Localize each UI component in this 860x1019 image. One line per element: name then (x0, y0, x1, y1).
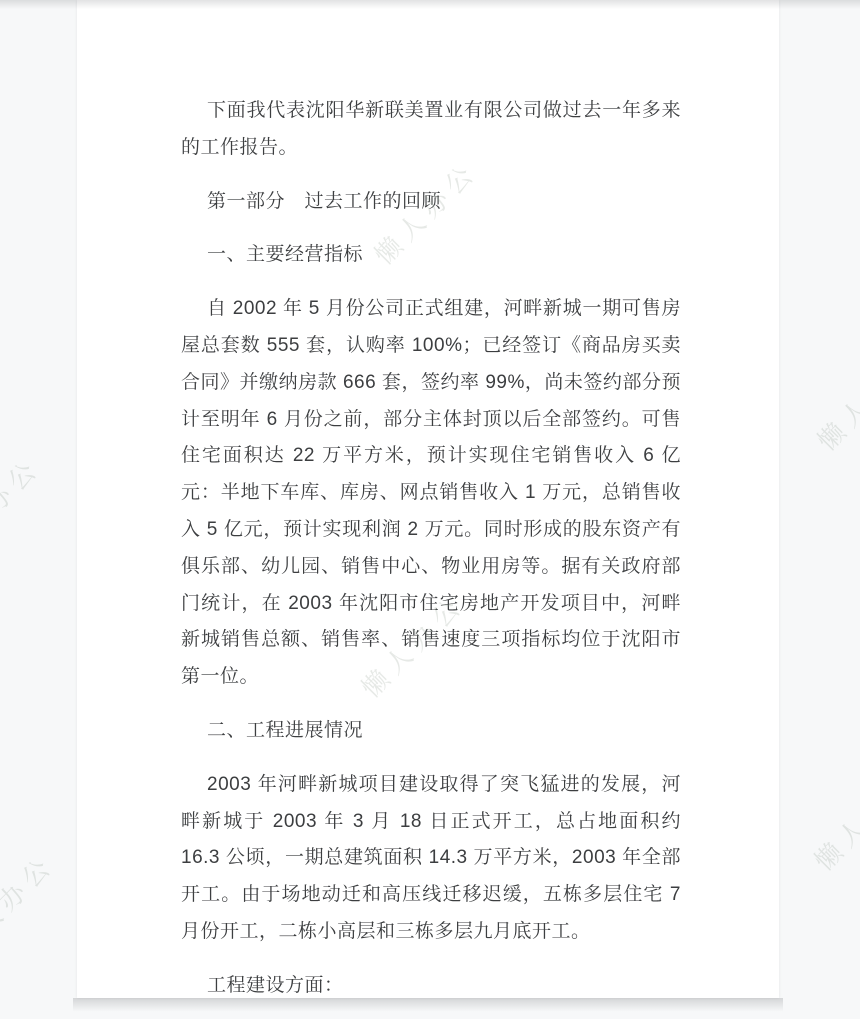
paragraph-report-intro: 下面我代表沈阳华新联美置业有限公司做过去一年多来的工作报告。 (181, 93, 681, 167)
watermark-text: 懒人办公 (0, 845, 62, 965)
document-viewer-canvas: 下面我代表沈阳华新联美置业有限公司做过去一年多来的工作报告。 第一部分 过去工作… (0, 0, 860, 1019)
paragraph-project-progress: 2003 年河畔新城项目建设取得了突飞猛进的发展，河畔新城于 2003 年 3 … (181, 767, 681, 951)
heading-section-two-project-progress: 二、工程进展情况 (181, 713, 681, 750)
document-page: 下面我代表沈阳华新联美置业有限公司做过去一年多来的工作报告。 第一部分 过去工作… (77, 0, 779, 998)
heading-construction-aspect: 工程建设方面： (181, 968, 681, 1005)
heading-section-one-business-indicators: 一、主要经营指标 (181, 237, 681, 274)
watermark-text: 懒人办公 (805, 758, 860, 878)
watermark-text: 懒人办公 (0, 448, 48, 568)
paragraph-business-indicators: 自 2002 年 5 月份公司正式组建，河畔新城一期可售房屋总套数 555 套，… (181, 291, 681, 696)
watermark-text: 懒人办公 (808, 338, 860, 458)
heading-part-one: 第一部分 过去工作的回顾 (181, 184, 681, 221)
document-content: 下面我代表沈阳华新联美置业有限公司做过去一年多来的工作报告。 第一部分 过去工作… (77, 0, 779, 1005)
